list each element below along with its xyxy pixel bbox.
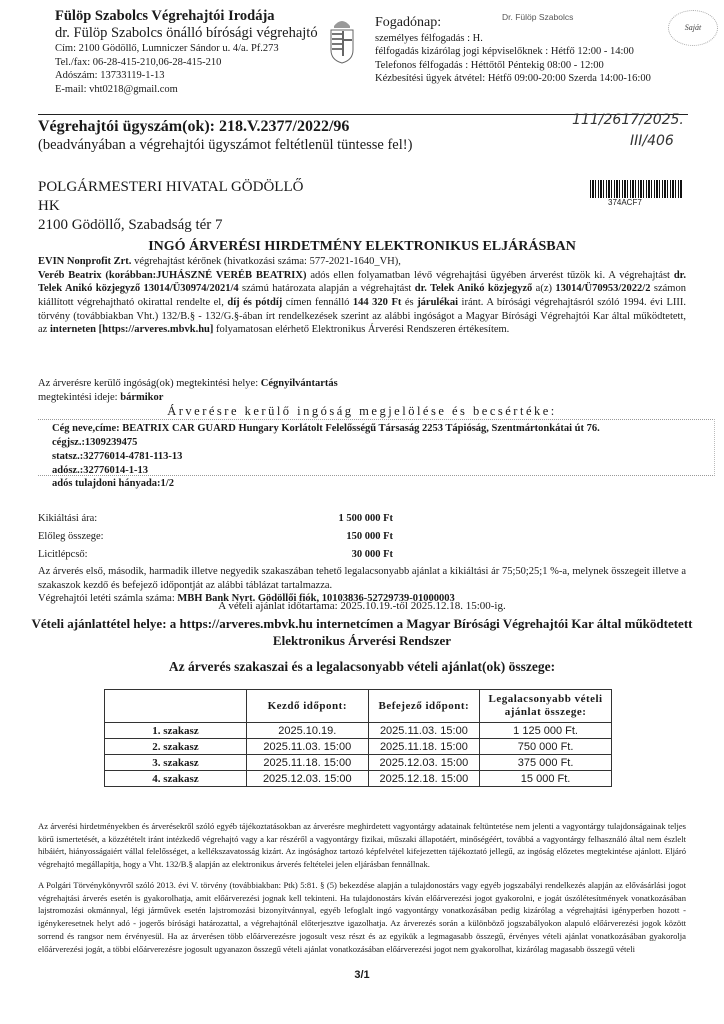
price-row-starting: Kikiáltási ára:1 500 000 Ft: [38, 509, 393, 527]
item-line: adósz.:32776014-1-13: [52, 464, 600, 478]
reception-legal: félfogadás kizárólag jogi képviselőknek …: [375, 45, 715, 59]
office-email[interactable]: E-mail: vht0218@gmail.com: [55, 83, 335, 96]
price-value: 1 500 000 Ft: [258, 513, 393, 524]
item-line: Cég neve,címe: BEATRIX CAR GUARD Hungary…: [52, 422, 600, 436]
stage-cell: 3. szakasz: [105, 755, 247, 771]
table-row: 1. szakasz 2025.10.19. 2025.11.03. 15:00…: [105, 723, 612, 739]
start-cell: 2025.11.03. 15:00: [246, 739, 368, 755]
table-header-row: Kezdő időpont: Befejező időpont: Legalac…: [105, 690, 612, 723]
price-row-increment: Licitlépcső:30 000 Ft: [38, 545, 393, 563]
end-cell: 2025.12.18. 15:00: [368, 771, 480, 787]
claim-costs: járulékai: [417, 297, 458, 308]
end-cell: 2025.12.03. 15:00: [368, 755, 480, 771]
stage-cell: 2. szakasz: [105, 739, 247, 755]
auction-url[interactable]: interneten [https://arveres.mbvk.hu]: [50, 324, 213, 335]
offer-place: Vételi ajánlattétel helye: a https://arv…: [0, 616, 724, 650]
pre-emption-paragraph: A Polgári Törvénykönyvről szóló 2013. év…: [38, 879, 686, 955]
item-line: cégjsz.:1309239475: [52, 436, 600, 450]
order-number: 13014/Ü70953/2022/2: [555, 283, 650, 294]
column-header: [105, 690, 247, 723]
offer-period: A vételi ajánlat időtartama: 2025.10.19.…: [0, 600, 724, 612]
price-value: 30 000 Ft: [258, 549, 393, 560]
registry-line-1: 111/2617/2025.: [572, 110, 722, 131]
viewing-info: Az árverésre kerülő ingóság(ok) megtekin…: [38, 377, 338, 404]
stage-cell: 4. szakasz: [105, 771, 247, 787]
table-row: 4. szakasz 2025.12.03. 15:00 2025.12.18.…: [105, 771, 612, 787]
price-label: Licitlépcső:: [38, 549, 258, 560]
intro-text: és: [401, 297, 417, 308]
min-offer-cell: 375 000 Ft.: [480, 755, 612, 771]
table-row: 3. szakasz 2025.11.18. 15:00 2025.12.03.…: [105, 755, 612, 771]
notary-name: dr. Telek Anikó közjegyző: [415, 283, 533, 294]
viewing-place: Cégnyilvántartás: [261, 378, 338, 389]
reception-delivery: Kézbesítési ügyek átvétel: Hétfő 09:00-2…: [375, 72, 715, 86]
start-cell: 2025.10.19.: [246, 723, 368, 739]
reception-hours: Fogadónap: személyes félfogadás : H. fél…: [375, 14, 715, 86]
start-cell: 2025.12.03. 15:00: [246, 771, 368, 787]
office-phone: Tel./fax: 06-28-415-210,06-28-415-210: [55, 56, 335, 69]
item-details: Cég neve,címe: BEATRIX CAR GUARD Hungary…: [52, 422, 600, 491]
signature-stamp: Saját: [668, 10, 718, 46]
intro-text: végrehajtást kérőnek (hivatkozási száma:…: [131, 256, 400, 267]
end-cell: 2025.11.03. 15:00: [368, 723, 480, 739]
stages-title: Az árverés szakaszai és a legalacsonyabb…: [0, 659, 724, 675]
reception-personal: személyes félfogadás : H.: [375, 32, 715, 46]
recipient-address: POLGÁRMESTERI HIVATAL GÖDÖLLŐ HK 2100 Gö…: [38, 178, 303, 234]
column-header: Befejező időpont:: [368, 690, 480, 723]
barcode-number: 374ACF7: [608, 198, 642, 207]
column-header: Legalacsonyabb vételi ajánlat összege:: [480, 690, 612, 723]
claim-type: díj és pótdíj: [227, 297, 282, 308]
intro-text: folyamatosan elérhető Elektronikus Árver…: [213, 324, 509, 335]
price-list: Kikiáltási ára:1 500 000 Ft Előleg össze…: [38, 509, 393, 563]
office-tax-id: Adószám: 13733119-1-13: [55, 69, 335, 82]
disclaimer-paragraph: Az árverési hirdetményekben és árverések…: [38, 820, 686, 871]
recipient-name: POLGÁRMESTERI HIVATAL GÖDÖLLŐ: [38, 178, 303, 197]
column-header: Kezdő időpont:: [246, 690, 368, 723]
handwritten-registry-number: 111/2617/2025. III/406: [572, 110, 722, 152]
intro-text: adós ellen folyamatban lévő végrehajtási…: [306, 270, 673, 281]
price-value: 150 000 Ft: [258, 531, 393, 542]
table-row: 2. szakasz 2025.11.03. 15:00 2025.11.18.…: [105, 739, 612, 755]
intro-text: címen fennálló: [282, 297, 353, 308]
office-name: Fülöp Szabolcs Végrehajtói Irodája: [55, 8, 335, 25]
price-label: Előleg összege:: [38, 531, 258, 542]
recipient-dept: HK: [38, 197, 303, 216]
office-header: Fülöp Szabolcs Végrehajtói Irodája dr. F…: [55, 8, 335, 96]
claim-amount: 144 320 Ft: [353, 297, 401, 308]
end-cell: 2025.11.18. 15:00: [368, 739, 480, 755]
registry-line-2: III/406: [572, 131, 722, 152]
viewing-place-label: Az árverésre kerülő ingóság(ok) megtekin…: [38, 378, 261, 389]
viewing-time: bármikor: [120, 392, 163, 403]
reception-phone: Telefonos félfogadás : Héttőtől Péntekig…: [375, 59, 715, 73]
item-line: adós tulajdoni hányada:1/2: [52, 477, 600, 491]
creditor: EVIN Nonprofit Zrt.: [38, 256, 131, 267]
intro-text: számú határozata alapján a végrehajtást: [239, 283, 415, 294]
stages-table: Kezdő időpont: Befejező időpont: Legalac…: [104, 689, 612, 787]
min-offer-cell: 15 000 Ft.: [480, 771, 612, 787]
min-offer-cell: 1 125 000 Ft.: [480, 723, 612, 739]
intro-paragraph: EVIN Nonprofit Zrt. végrehajtást kérőnek…: [38, 255, 686, 337]
hungarian-coat-of-arms-icon: [328, 16, 356, 64]
item-section-title: Árverésre kerülő ingóság megjelölése és …: [0, 404, 724, 419]
page-number: 3/1: [0, 969, 724, 981]
debtor: Veréb Beatrix (korábban:JUHÁSZNÉ VERÉB B…: [38, 270, 306, 281]
price-label: Kikiáltási ára:: [38, 513, 258, 524]
stages-note-text: Az árverés első, második, harmadik illet…: [38, 565, 686, 592]
start-cell: 2025.11.18. 15:00: [246, 755, 368, 771]
bailiff-name: dr. Fülöp Szabolcs önálló bírósági végre…: [55, 25, 335, 42]
case-number: Végrehajtói ügyszám(ok): 218.V.2377/2022…: [38, 118, 349, 136]
recipient-street: 2100 Gödöllő, Szabadság tér 7: [38, 216, 303, 235]
item-line: statsz.:32776014-4781-113-13: [52, 450, 600, 464]
intro-text: a(z): [532, 283, 555, 294]
barcode: [590, 180, 683, 198]
digital-signer: Dr. Fülöp Szabolcs: [502, 12, 573, 22]
office-address: Cím: 2100 Gödöllő, Lumniczer Sándor u. 4…: [55, 42, 335, 55]
case-number-note: (beadványában a végrehajtói ügyszámot fe…: [38, 137, 412, 154]
min-offer-cell: 750 000 Ft.: [480, 739, 612, 755]
stage-cell: 1. szakasz: [105, 723, 247, 739]
viewing-time-label: megtekintési ideje:: [38, 392, 120, 403]
document-title: INGÓ ÁRVERÉSI HIRDETMÉNY ELEKTRONIKUS EL…: [0, 239, 724, 255]
price-row-deposit: Előleg összege:150 000 Ft: [38, 527, 393, 545]
